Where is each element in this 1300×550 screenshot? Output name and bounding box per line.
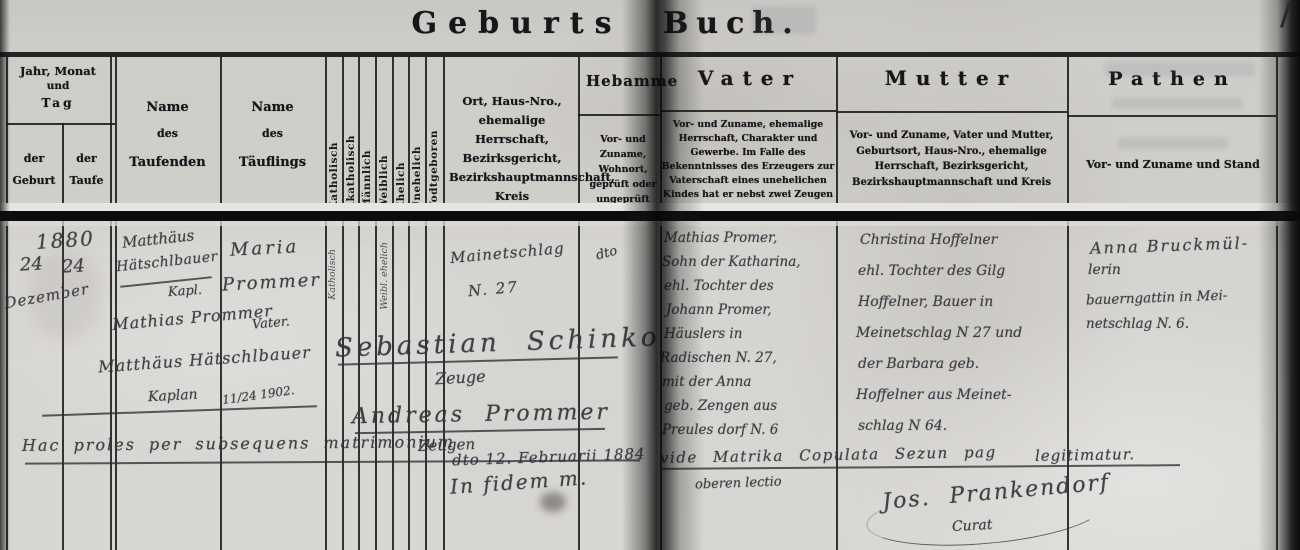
entry-baptism-day: 24 — [61, 255, 85, 277]
legitimation-wort: legitimatur. — [1035, 445, 1135, 465]
ink-smudge — [540, 492, 566, 512]
mutter-line: Christina Hoffelner — [860, 232, 997, 248]
entry-vater-wort: Vater. — [251, 314, 290, 332]
grid-line — [578, 114, 660, 116]
vertical-handwriting: Weibl. ehelich — [379, 242, 390, 310]
grid-line — [1067, 115, 1276, 117]
entry-birth-day: 24 — [19, 253, 43, 275]
mutter-line: der Barbara geb. — [858, 356, 979, 372]
entry-year: 1880 — [35, 226, 95, 254]
header-taufenden-1: Name — [117, 100, 218, 115]
entry-in-fidem: In fidem m. — [449, 465, 589, 499]
vertical-label: Katholisch — [328, 140, 340, 210]
vater-line: Sohn der Katharina, — [662, 254, 801, 270]
legitimation-rechts: vide Matrika Copulata Sezun pag — [660, 443, 997, 467]
grid-line — [443, 57, 445, 550]
birth-register-scan: Geburts Buch. Jahr, Monat und Tag der Ge… — [0, 0, 1300, 550]
entry-mark-weiblich-ehelich: Weibl. ehelich — [376, 228, 393, 310]
entry-zeuge2-name: Andreas Prommer — [352, 400, 610, 429]
header-taufenden-2: des — [117, 127, 218, 140]
entry-taufender-3: Kapl. — [168, 283, 203, 300]
pen-underline — [42, 405, 317, 416]
vater-line: Häuslers in — [664, 326, 742, 342]
vater-line: ehl. Tochter des — [664, 278, 774, 294]
mutter-line: ehl. Tochter des Gilg — [858, 263, 1005, 279]
row-divider-band — [0, 211, 1300, 221]
header-col-weiblich: Weiblich — [375, 62, 392, 210]
legitimation-left: Hac proles per subsequens matrimonium — [22, 432, 455, 455]
entry-ort-1: Mainetschlag — [449, 239, 565, 267]
signature-flourish — [864, 476, 1106, 550]
header-baptism-subcol: der Taufe — [64, 148, 109, 192]
entry-kaplan-datum: 11/24 1902. — [221, 383, 295, 407]
header-birth-subcol: der Geburt — [8, 148, 60, 192]
vertical-label: Todtgeboren — [428, 128, 440, 210]
mutter-line: Meinetschlag N 27 und — [856, 325, 1022, 341]
header-taufenden-3: Taufenden — [117, 155, 218, 170]
pathen-line: bauerngattin in Mei- — [1086, 288, 1228, 309]
header-ort: Ort, Haus-Nro., ehemalige Herrschaft, Be… — [449, 92, 575, 206]
entry-taufender-2: Hätschlbauer — [115, 249, 218, 276]
mutter-line: Hoffelner, Bauer in — [858, 294, 993, 310]
entry-taufender-1: Matthäus — [121, 226, 195, 251]
vertical-label: Akatholisch — [345, 133, 357, 210]
pathen-line: Anna Bruckmül- — [1090, 233, 1250, 258]
header-vater-title: Vater — [665, 66, 835, 90]
legitimation-datum: dto 12. Februarii 1884 — [452, 445, 646, 470]
bleedthrough-mark — [752, 6, 816, 34]
header-taufling-2: des — [222, 127, 323, 140]
header-taufling-3: Täuflings — [222, 155, 323, 170]
entry-zeuge1-wort: Zeuge — [435, 367, 487, 389]
vertical-handwriting: Katholisch — [327, 249, 338, 300]
bleedthrough-mark — [1105, 62, 1255, 76]
vater-line: Johann Promer, — [666, 302, 772, 318]
entry-kaplan-signatur: Matthäus Hätschlbauer — [98, 343, 312, 377]
header-mutter-title: Mutter — [845, 66, 1057, 90]
title-rule — [0, 52, 1300, 57]
header-col-katholisch: Katholisch — [325, 62, 342, 210]
pen-stroke — [1280, 2, 1290, 28]
pathen-line: netschlag N. 6. — [1086, 316, 1189, 332]
header-date-line1: Jahr, Monat — [8, 64, 108, 78]
entry-taufling-nachname: Prommer — [222, 269, 322, 295]
grid-line — [6, 123, 115, 125]
vertical-label: Weiblich — [378, 153, 390, 210]
header-date-line3: Tag — [8, 96, 108, 110]
vater-line: Mathias Promer, — [664, 230, 777, 246]
vater-line: Preules dorf N. 6 — [662, 422, 778, 438]
header-col-todtgeboren: Todtgeboren — [425, 62, 442, 210]
vater-line: mit der Anna — [662, 374, 751, 390]
header-col-unehelich: Unehelich — [408, 62, 425, 210]
entry-month: Dezember — [3, 280, 90, 313]
entry-hebamme: dto — [594, 243, 619, 263]
header-col-maennlich: Männlich — [358, 62, 375, 210]
grid-line — [836, 111, 1067, 113]
header-hebamme-title: Hebamme — [580, 72, 670, 90]
entry-mark-katholisch: Katholisch — [324, 236, 341, 300]
vater-line: geb. Zengen aus — [664, 398, 777, 414]
header-date-line2: und — [8, 80, 108, 92]
vertical-label: Männlich — [361, 148, 373, 210]
entry-ort-2: N. 27 — [467, 278, 519, 300]
entry-kaplan-wort: Kaplan — [148, 387, 198, 406]
mutter-line: Hoffelner aus Meinet- — [856, 387, 1012, 403]
grid-line — [836, 57, 838, 550]
grid-line — [660, 110, 836, 112]
pathen-line: lerin — [1088, 262, 1121, 278]
header-col-ehelich: Ehelich — [392, 62, 409, 210]
entry-vater-signatur: Mathias Prommer — [111, 301, 273, 334]
mutter-line: schlag N 64. — [858, 418, 947, 434]
bleedthrough-mark — [1112, 98, 1242, 109]
vertical-label: Ehelich — [395, 160, 407, 210]
entry-taufling-vorname: Maria — [229, 236, 299, 261]
header-vater-sub: Vor- und Zuname, ehemalige Herrschaft, C… — [661, 118, 835, 216]
page-title-left: Geburts — [392, 6, 642, 41]
header-mutter-sub: Vor- und Zuname, Vater und Mutter, Gebur… — [848, 128, 1055, 190]
grid-line — [1276, 57, 1278, 550]
scan-gap — [0, 221, 1300, 226]
header-hebamme-sub: Vor- und Zuname, Wohnort, geprüft oder u… — [581, 132, 665, 207]
legitimation-vermerk: oberen lectio — [695, 474, 782, 492]
grid-line — [110, 57, 112, 550]
vertical-label: Unehelich — [411, 144, 423, 210]
vater-line: Radischen N. 27, — [660, 350, 777, 366]
header-pathen-sub: Vor- und Zuname und Stand — [1080, 158, 1266, 171]
header-col-akatholisch: Akatholisch — [342, 62, 359, 210]
header-taufling-1: Name — [222, 100, 323, 115]
bleedthrough-mark — [1118, 138, 1228, 149]
